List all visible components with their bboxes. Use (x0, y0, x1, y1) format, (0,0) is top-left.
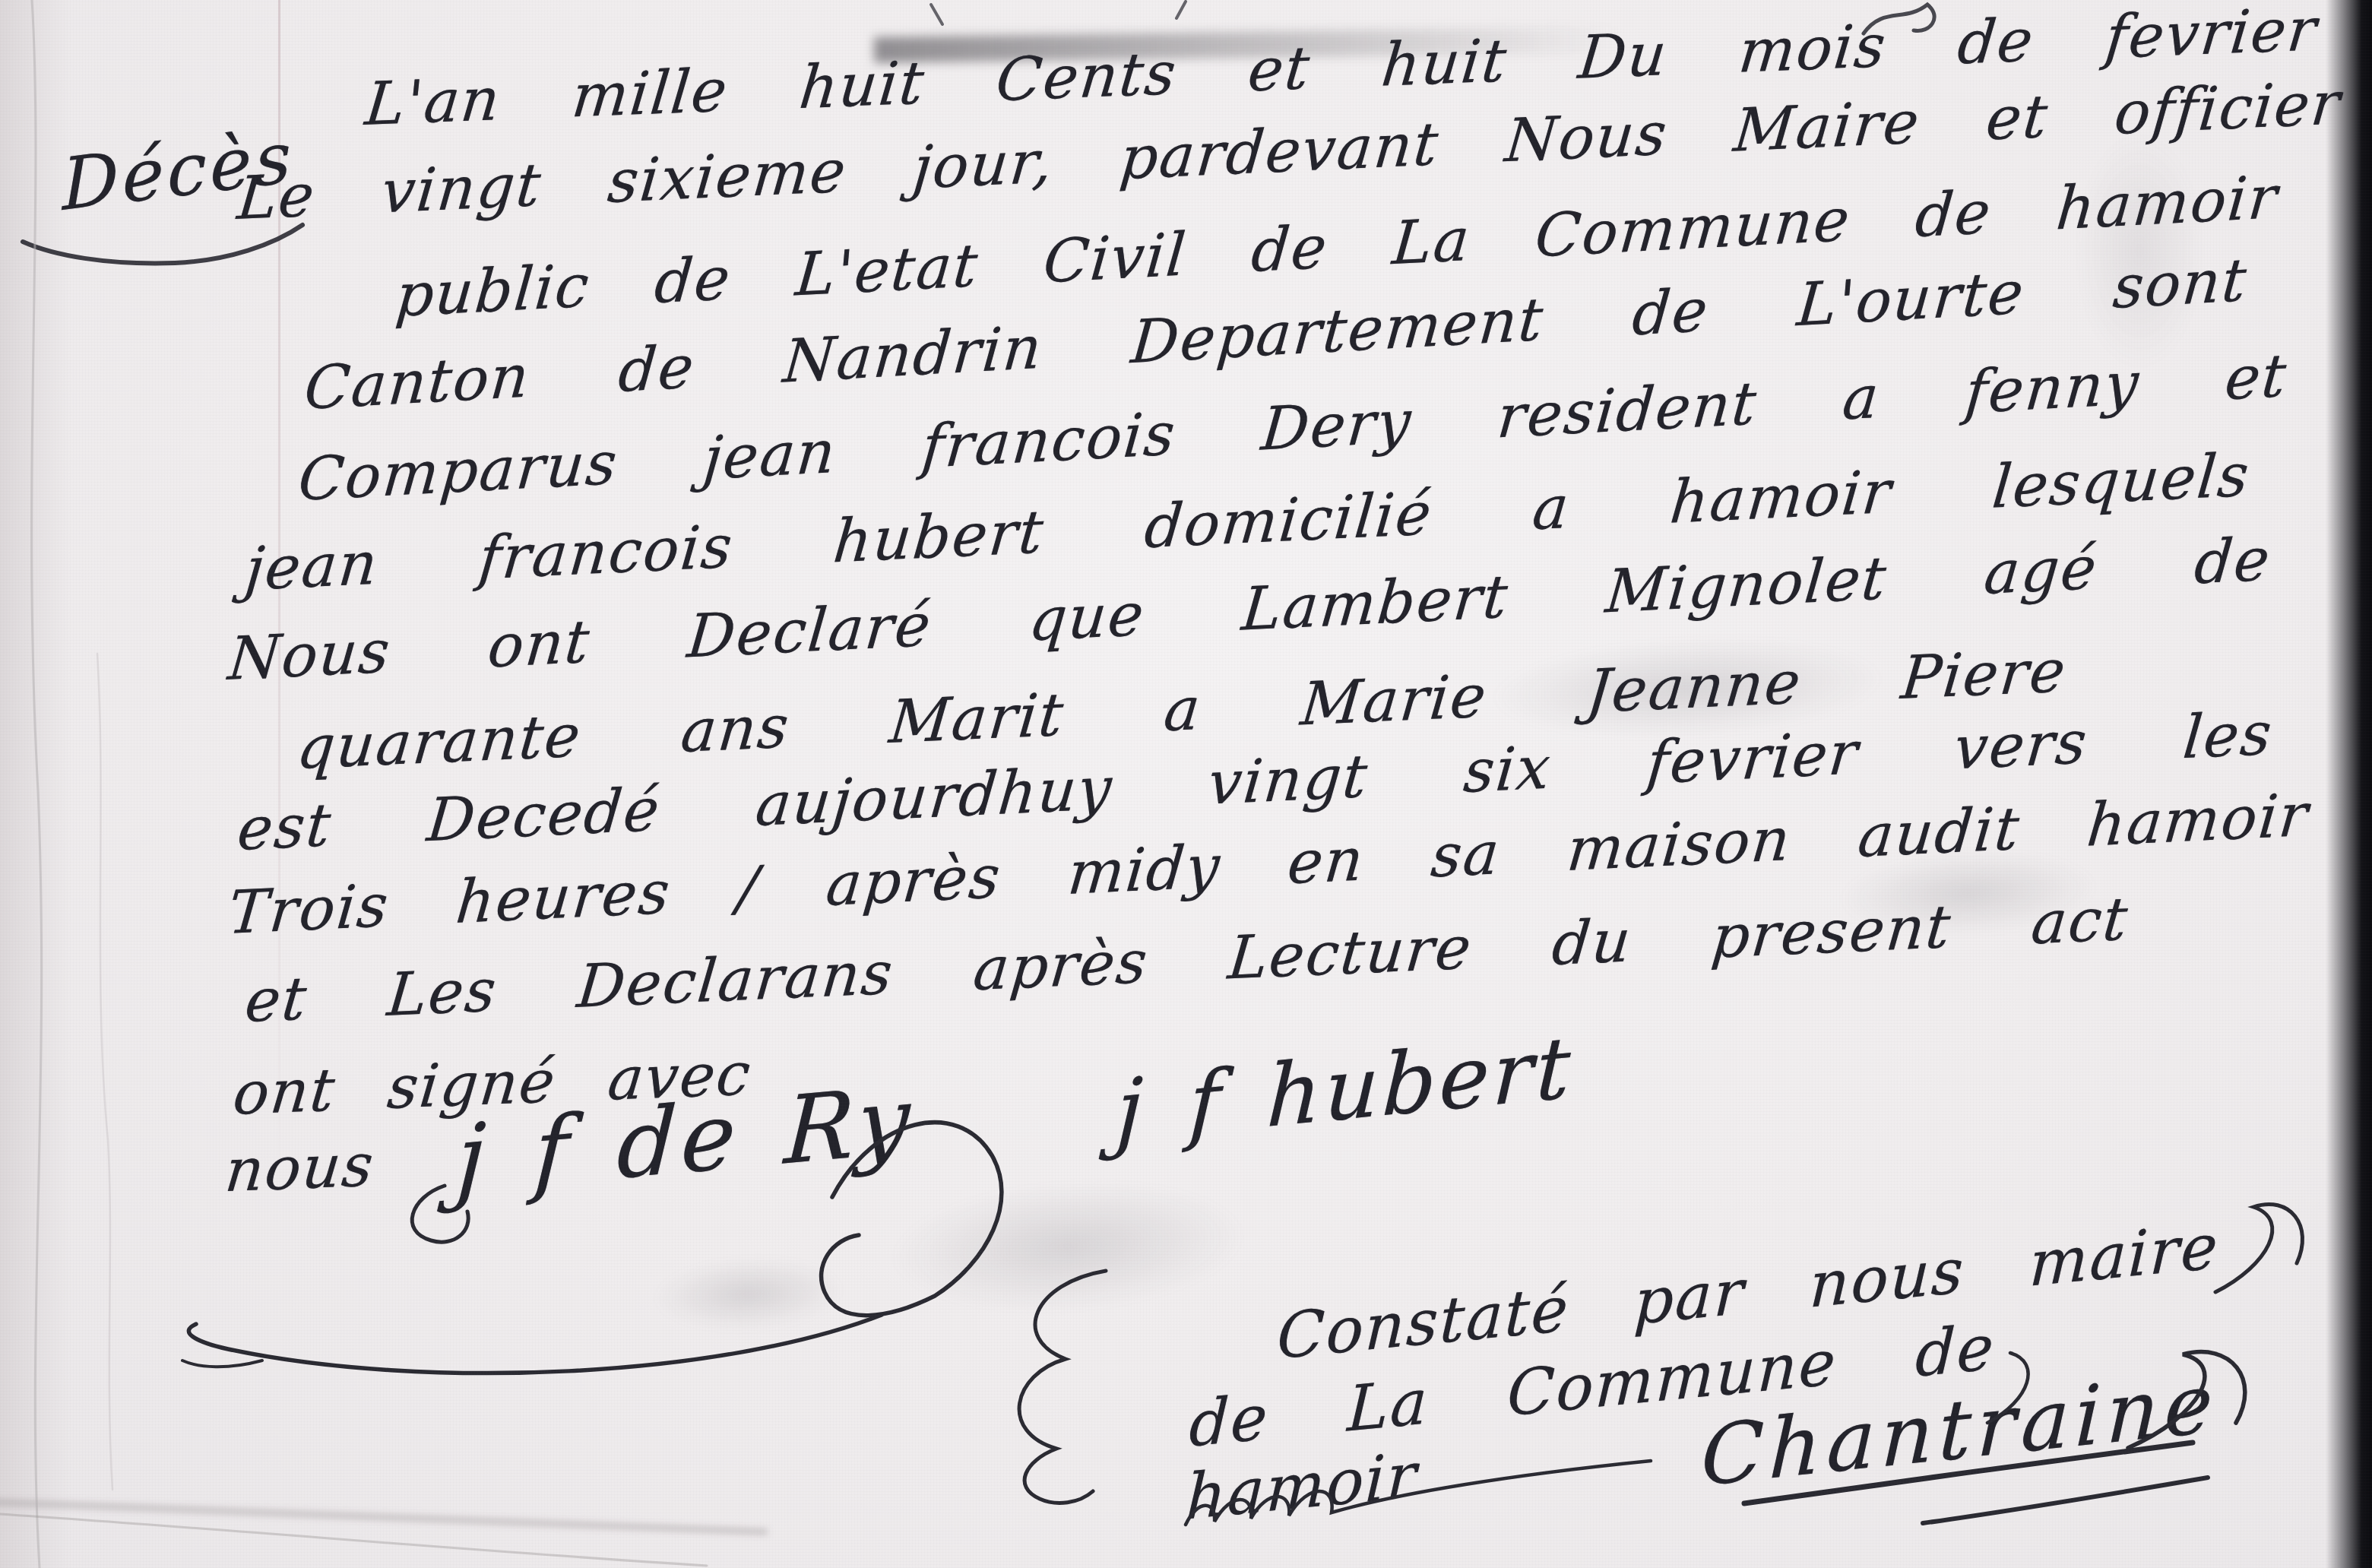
top-pen-mark (1864, 5, 1934, 33)
chantraine-paraph-stroke-2 (1923, 1478, 2208, 1523)
top-pen-tick (931, 5, 942, 24)
crease-line (97, 654, 112, 1490)
scanned-death-record-page: Décès L'an mille huit Cents et huit Du m… (0, 0, 2372, 1568)
dery-signature-lead-curl (412, 1186, 468, 1242)
dery-signature-underline-2 (182, 1361, 262, 1367)
closing-maire-end-curl (2215, 1204, 2302, 1292)
bottom-edge-line (0, 1514, 707, 1566)
deces-underline-flourish (23, 225, 302, 263)
dery-signature-loop (822, 1123, 1002, 1316)
top-pen-tick (1176, 2, 1186, 18)
closing-left-flourish (1019, 1271, 1106, 1503)
ink-flourishes-layer (0, 0, 2372, 1568)
crease-line (32, 0, 42, 1568)
chantraine-end-flourish (2128, 1352, 2245, 1448)
right-scan-edge (2326, 0, 2372, 1568)
dery-signature-underline (188, 1315, 882, 1373)
closing-wave-scribble (1186, 1461, 1651, 1525)
hamoir-end-curl (1987, 1353, 2028, 1423)
chantraine-paraph-stroke-1 (1744, 1443, 2193, 1503)
